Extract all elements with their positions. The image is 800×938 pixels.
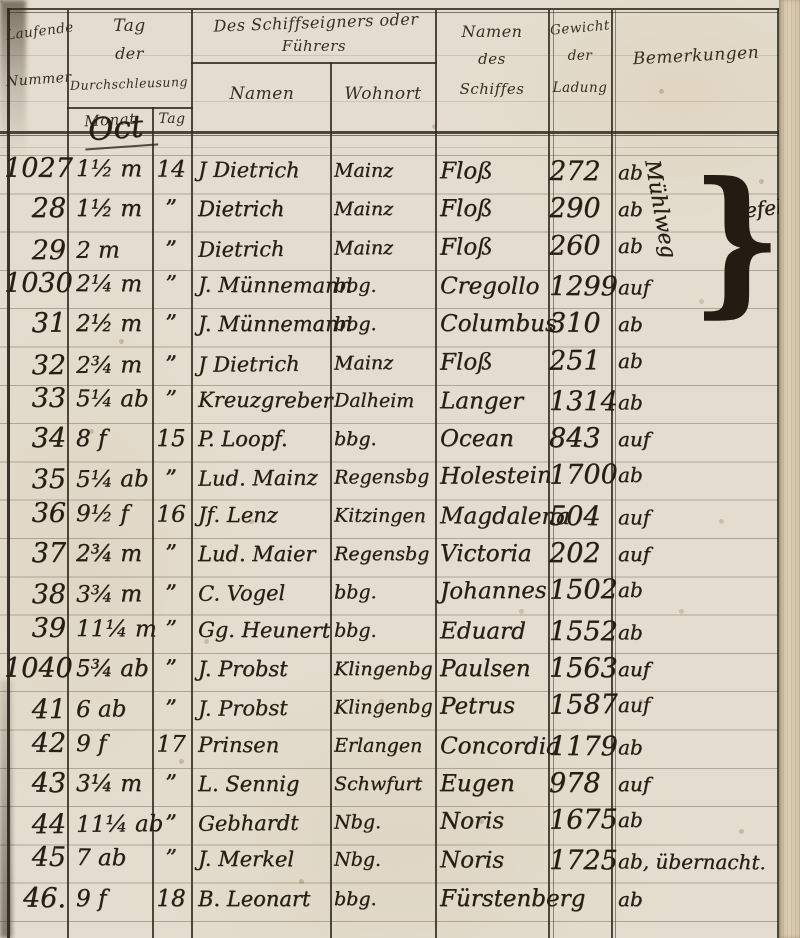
cell-dir: ab — [618, 728, 796, 767]
cell-name: C. Vogel — [198, 574, 285, 613]
cell-home: bbg. — [334, 266, 377, 304]
cell-weight: 202 — [549, 535, 601, 573]
cell-home: bbg. — [334, 305, 377, 343]
cell-weight: 272 — [549, 153, 601, 191]
cell-day: 18 — [153, 880, 189, 918]
cell-home: Mainz — [334, 229, 393, 268]
ledger-row: 312½ m”J. Münnemannbbg.Columbus310ab — [0, 305, 800, 343]
ledger-row: 335¼ ab”KreuzgreberDalheimLanger1314ab — [0, 379, 800, 422]
cell-home: bbg. — [334, 574, 377, 612]
cell-time: 11¼ ab — [76, 805, 164, 844]
header-schiff-schiffes: Schiffes — [437, 80, 547, 98]
cell-dir: ab — [618, 570, 796, 610]
cell-time: 3¾ m — [76, 576, 142, 615]
cell-day: ” — [153, 305, 189, 343]
ledger-row: 369½ f16Jf. LenzKitzingenMagdalena504auf — [0, 494, 800, 537]
cell-name: J. Probst — [198, 650, 288, 688]
cell-day: ” — [153, 460, 189, 498]
ledger-row: 4411¼ ab”GebhardtNbg.Noris1675ab — [0, 800, 800, 845]
cell-weight: 251 — [549, 342, 601, 380]
cell-day: ” — [153, 535, 189, 573]
header-schiff-des: des — [437, 50, 547, 68]
cell-name: B. Leonart — [198, 880, 310, 918]
cell-home: Regensbg — [334, 458, 430, 497]
cell-time: 5¼ ab — [76, 461, 149, 500]
cell-dir: auf — [618, 498, 796, 537]
cell-name: J Dietrich — [198, 344, 300, 383]
cell-ship: Floß — [440, 190, 493, 228]
cell-weight: 1700 — [549, 456, 618, 495]
cell-home: Kitzingen — [334, 496, 426, 535]
cell-dir: ab — [618, 340, 796, 380]
cell-no: 28 — [4, 190, 66, 228]
cell-day: ” — [153, 265, 189, 303]
cell-ship: Floß — [440, 228, 493, 266]
month-entry: Oct — [83, 107, 159, 150]
ledger-page: Laufende Nummer Tag der Durchschleusung … — [0, 0, 800, 938]
header-ladung: Ladung — [547, 80, 613, 96]
cell-weight: 978 — [549, 765, 601, 803]
cell-time: 3¼ m — [76, 765, 142, 803]
cell-no: 33 — [4, 379, 66, 417]
cell-dir: auf — [618, 685, 796, 725]
page-edge-strip — [779, 0, 800, 938]
ledger-row: 281½ m”DietrichMainzFloß290ab — [0, 190, 800, 228]
cell-ship: Petrus — [440, 687, 515, 726]
cell-day: 16 — [153, 495, 189, 533]
cell-home: Mainz — [334, 190, 393, 228]
cell-home: Mainz — [334, 152, 393, 190]
cell-name: Dietrich — [198, 190, 284, 228]
cell-time: 8 f — [76, 420, 106, 458]
cell-weight: 1179 — [549, 727, 618, 765]
cell-dir: auf — [618, 765, 796, 803]
cell-home: Erlangen — [334, 726, 422, 765]
cell-dir: auf — [618, 535, 796, 573]
ledger-row: 348 f15P. Loopf.bbg.Ocean843auf — [0, 420, 800, 458]
cell-weight: 504 — [549, 498, 601, 536]
cell-no: 43 — [4, 765, 66, 803]
cell-name: P. Loopf. — [198, 420, 288, 458]
cell-name: J. Münnemann — [198, 266, 352, 305]
cell-name: Prinsen — [198, 725, 279, 763]
cell-ship: Holestein — [440, 457, 552, 496]
cell-time: 11¼ m — [76, 610, 157, 648]
cell-time: 2 m — [76, 231, 120, 269]
cell-time: 6 ab — [76, 691, 127, 729]
cell-no: 46. — [4, 880, 66, 918]
cell-name: J. Probst — [198, 689, 288, 728]
cell-dir: auf — [618, 650, 796, 688]
cell-time: 2¾ m — [76, 346, 142, 385]
cell-dir: ab — [618, 800, 796, 840]
cell-day: ” — [153, 230, 189, 268]
cell-name: Gg. Heunert — [198, 610, 330, 649]
cell-day: ” — [153, 380, 189, 418]
cell-ship: Victoria — [440, 535, 532, 573]
cell-no: 1030 — [4, 264, 66, 302]
cell-name: Kreuzgreber — [198, 381, 333, 420]
ledger-row: 383¾ m”C. Vogelbbg.Johannes1502ab — [0, 570, 800, 615]
ledger-row: 429 f17PrinsenErlangenConcordia1179ab — [0, 724, 800, 767]
header-line-eigner — [191, 62, 437, 64]
cell-ship: Eugen — [440, 765, 515, 803]
cell-ship: Floß — [440, 152, 493, 190]
cell-weight: 1725 — [549, 842, 618, 880]
cell-home: bbg. — [334, 880, 377, 918]
cell-ship: Paulsen — [440, 650, 531, 688]
cell-name: Lud. Mainz — [198, 459, 318, 498]
ledger-row: 457 ab”J. MerkelNbg.Noris1725ab, übernac… — [0, 839, 800, 882]
ledger-row: 10302¼ m”J. Münnemannbbg.Cregollo1299auf — [0, 264, 800, 307]
ledger-row: 416 ab”J. ProbstKlingenbgPetrus1587auf — [0, 685, 800, 730]
cell-ship: Fürstenberg — [440, 880, 585, 918]
cell-no: 42 — [4, 724, 66, 762]
cell-no: 45 — [4, 839, 66, 877]
header-wohnort: Wohnort — [332, 84, 434, 104]
cell-name: J Dietrich — [198, 151, 300, 190]
cell-weight: 1587 — [549, 686, 618, 725]
ledger-row: 433¼ m”L. SennigSchwfurtEugen978auf — [0, 765, 800, 803]
header-fuehrers: Führers — [191, 37, 437, 55]
paper-stain-bottom-left — [0, 680, 12, 938]
cell-dir: ab — [618, 455, 796, 495]
cell-no: 31 — [4, 305, 66, 343]
cell-day: ” — [153, 840, 189, 878]
cell-weight: 1675 — [549, 801, 618, 840]
cell-ship: Langer — [440, 382, 523, 421]
header-namen: Namen — [196, 84, 328, 104]
header-schiff-namen: Namen — [437, 22, 547, 41]
cell-dir: auf — [618, 420, 796, 458]
cell-home: Dalheim — [334, 381, 414, 419]
cell-ship: Columbus — [440, 305, 557, 343]
cell-day: ” — [153, 190, 189, 228]
cell-home: Regensbg — [334, 535, 429, 573]
cell-dir: ab — [618, 383, 796, 422]
cell-day: ” — [153, 610, 189, 648]
cell-home: Klingenbg — [334, 650, 433, 688]
header-gewicht-der: der — [549, 48, 611, 64]
ledger-row: 46.9 f18B. Leonartbbg.Fürstenbergab — [0, 880, 800, 918]
cell-time: 9 f — [76, 725, 107, 763]
cell-name: J. Merkel — [198, 840, 294, 879]
cell-day: ” — [153, 805, 189, 843]
cell-time: 5¼ ab — [76, 380, 149, 418]
header-tag-sub: Tag — [152, 111, 192, 127]
cell-home: bbg. — [334, 420, 377, 458]
cell-weight: 310 — [549, 305, 601, 343]
cell-weight: 843 — [549, 420, 601, 458]
cell-home: Nbg. — [334, 803, 381, 841]
cell-home: Klingenbg — [334, 688, 433, 727]
ledger-row: 292 m”DietrichMainzFloß260ab — [0, 225, 800, 270]
cell-home: bbg. — [334, 611, 377, 649]
cell-weight: 1502 — [549, 571, 618, 610]
ledger-row: 10271½ m14J DietrichMainzFloß272ab — [0, 150, 800, 193]
cell-ship: Noris — [440, 802, 504, 841]
ledger-row: 322¾ m”J DietrichMainzFloß251ab — [0, 340, 800, 385]
header-tag-der: der — [67, 44, 192, 63]
cell-name: J. Münnemann — [198, 305, 352, 343]
cell-time: 2½ m — [76, 305, 142, 343]
cell-name: Gebhardt — [198, 804, 299, 843]
cell-day: 15 — [153, 420, 189, 458]
cell-day: 17 — [153, 725, 189, 763]
cell-no: 1040 — [4, 650, 66, 688]
cell-no: 39 — [4, 609, 66, 647]
cell-home: Mainz — [334, 344, 393, 383]
cell-ship: Cregollo — [440, 267, 540, 306]
header-tag: Tag — [67, 16, 192, 36]
cell-time: 9 f — [76, 880, 106, 918]
cell-no: 37 — [4, 535, 66, 573]
cell-time: 1½ m — [76, 150, 142, 188]
cell-no: 36 — [4, 494, 66, 532]
cell-name: Lud. Maier — [198, 535, 315, 573]
cell-day: ” — [153, 650, 189, 688]
margin-note-brace: } — [691, 148, 782, 333]
cell-name: Jf. Lenz — [198, 495, 278, 533]
cell-day: ” — [153, 765, 189, 803]
cell-time: 9½ f — [76, 495, 129, 533]
cell-weight: 290 — [549, 190, 601, 228]
cell-weight: 260 — [549, 227, 601, 265]
cell-day: ” — [153, 345, 189, 383]
cell-weight: 1299 — [549, 268, 618, 306]
cell-weight: 1314 — [549, 383, 618, 421]
cell-name: L. Sennig — [198, 765, 299, 803]
cell-home: Schwfurt — [334, 765, 422, 803]
cell-ship: Ocean — [440, 420, 514, 458]
cell-day: ” — [153, 575, 189, 613]
cell-ship: Floß — [440, 343, 493, 381]
cell-time: 2¼ m — [76, 265, 142, 303]
cell-ship: Eduard — [440, 612, 526, 651]
cell-dir: ab, übernacht. — [618, 843, 796, 882]
header-gewicht: Gewicht — [546, 17, 613, 39]
cell-no: 34 — [4, 420, 66, 458]
ledger-row: 372¾ m”Lud. MaierRegensbgVictoria202auf — [0, 535, 800, 573]
cell-time: 1½ m — [76, 190, 142, 228]
cell-weight: 1563 — [549, 650, 618, 688]
cell-ship: Concordia — [440, 727, 560, 766]
cell-ship: Noris — [440, 842, 504, 880]
paper-stain-top-left — [0, 0, 26, 160]
cell-ship: Johannes — [440, 572, 547, 611]
ledger-row: 355¼ ab”Lud. MainzRegensbgHolestein1700a… — [0, 455, 800, 500]
cell-name: Dietrich — [198, 230, 285, 269]
cell-home: Nbg. — [334, 841, 381, 879]
cell-time: 2¾ m — [76, 535, 142, 573]
cell-day: 14 — [153, 150, 189, 188]
cell-dir: ab — [618, 613, 796, 652]
cell-day: ” — [153, 690, 189, 728]
ledger-row: 3911¼ m”Gg. Heunertbbg.Eduard1552ab — [0, 609, 800, 652]
cell-weight: 1552 — [549, 613, 618, 651]
cell-time: 5¾ ab — [76, 650, 149, 688]
cell-dir: ab — [618, 880, 796, 918]
cell-time: 7 ab — [76, 839, 127, 877]
ledger-row: 10405¾ ab”J. ProbstKlingenbgPaulsen1563a… — [0, 650, 800, 688]
